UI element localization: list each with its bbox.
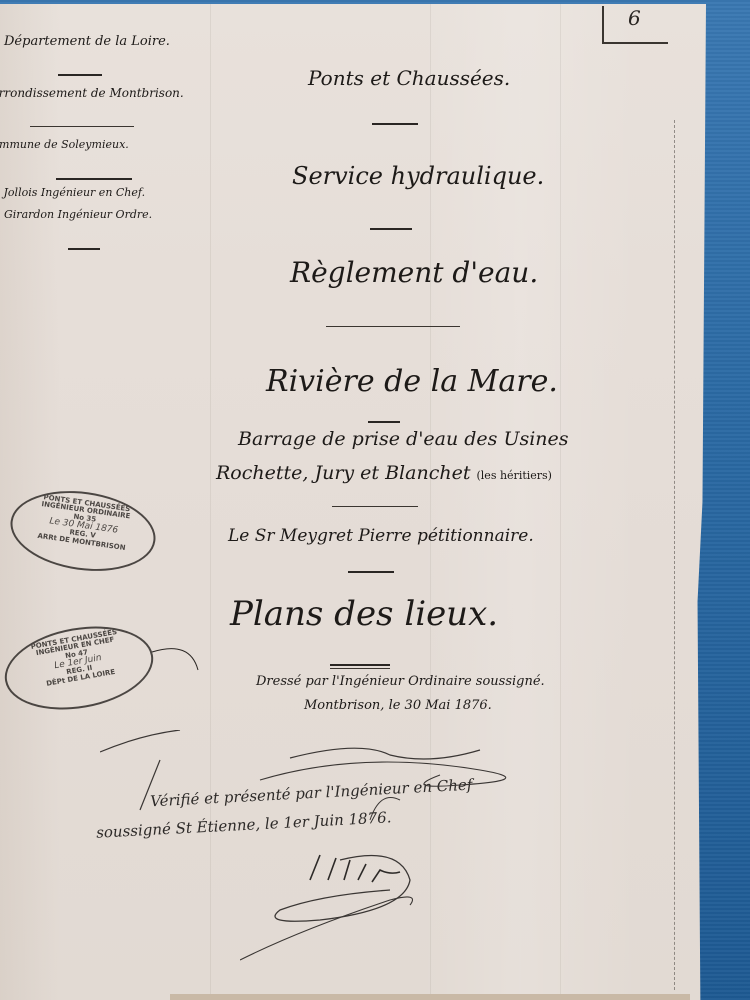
divider [332,506,418,507]
service-main-heading: Ponts et Chaussées. [308,66,510,90]
arrondissement-label: Arrondissement de Montbrison. [0,86,184,100]
divider [56,178,132,180]
engineer-ordinary-label: Girardon Ingénieur Ordre. [4,208,152,221]
paper-fold [560,4,561,1000]
divider [330,668,390,669]
document-title: Plans des lieux. [230,594,498,634]
divider [348,571,394,573]
page-number: 6 [628,6,641,30]
dam-line-2-note: (les héritiers) [477,469,552,482]
departement-label: Département de la Loire. [4,34,170,49]
flourish-arc [150,640,210,700]
dam-line-2-text: Rochette, Jury et Blanchet [216,462,470,484]
signature-engineer-chief [240,850,500,970]
petitioner-line: Le Sr Meygret Pierre pétitionnaire. [228,526,534,546]
paper-bottom-edge [170,994,690,1000]
drawn-by-line: Dressé par l'Ingénieur Ordinaire soussig… [256,674,545,689]
divider [30,126,134,127]
engineer-chief-label: MM. Jollois Ingénieur en Chef. [0,186,145,199]
divider [368,421,400,423]
dam-line-1: Barrage de prise d'eau des Usines [238,428,569,450]
dam-line-2: Rochette, Jury et Blanchet (les héritier… [216,462,552,484]
divider [370,228,412,230]
divider [58,74,102,76]
divider [372,123,418,125]
perforation-line [674,120,675,990]
river-heading: Rivière de la Mare. [266,364,558,399]
subject-heading: Règlement d'eau. [290,256,538,289]
service-sub-heading: Service hydraulique. [292,162,544,190]
divider [68,248,100,250]
place-date-line: Montbrison, le 30 Mai 1876. [304,698,492,713]
divider [326,326,460,327]
divider [330,664,390,666]
commune-label: Commune de Soleymieux. [0,138,129,151]
